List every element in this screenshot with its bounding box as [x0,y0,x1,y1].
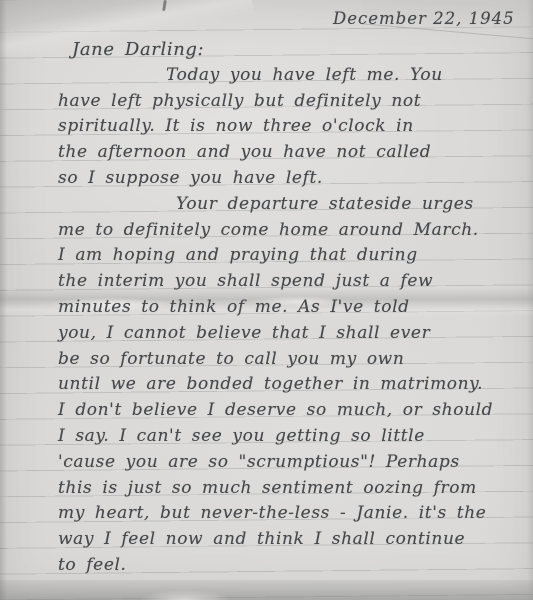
letter-line: Today you have left me. You [58,63,519,89]
letter-line: be so fortunate to call you my own [58,347,519,373]
letter-line: the afternoon and you have not called [58,140,519,166]
letter-line: spiritually. It is now three o'clock in [58,114,519,140]
letter-salutation: Jane Darling: [58,37,519,63]
letter-line: I don't believe I deserve so much, or sh… [58,398,519,424]
letter-body: Jane Darling: Today you have left me. Yo… [58,37,519,579]
letter-line: this is just so much sentiment oozing fr… [58,476,519,502]
letter-line: until we are bonded together in matrimon… [58,372,519,398]
letter-line: minutes to think of me. As I've told [58,295,519,321]
letter-line: to feel. [58,553,519,579]
letter-line: you, I cannot believe that I shall ever [58,321,519,347]
letter-line: I am hoping and praying that during [58,243,519,269]
letter-line: my heart, but never-the-less - Janie. it… [58,501,519,527]
letter-line: way I feel now and think I shall continu… [58,527,519,553]
letter-line: so I suppose you have left. [58,166,519,192]
letter-line: me to definitely come home around March. [58,218,519,244]
letter-line: the interim you shall spend just a few [58,269,519,295]
letter-line: 'cause you are so "scrumptious"! Perhaps [58,450,519,476]
paper-edge-left [0,0,7,600]
letter-line: have left physically but definitely not [58,89,519,115]
letter-line: I say. I can't see you getting so little [58,424,519,450]
letter-paper: December 22, 1945 Jane Darling: Today yo… [0,0,533,600]
letter-date: December 22, 1945 [333,9,515,28]
letter-line: Your departure stateside urges [58,192,519,218]
paper-edge-right [527,0,533,600]
fold-shadow-bottom [0,580,533,600]
